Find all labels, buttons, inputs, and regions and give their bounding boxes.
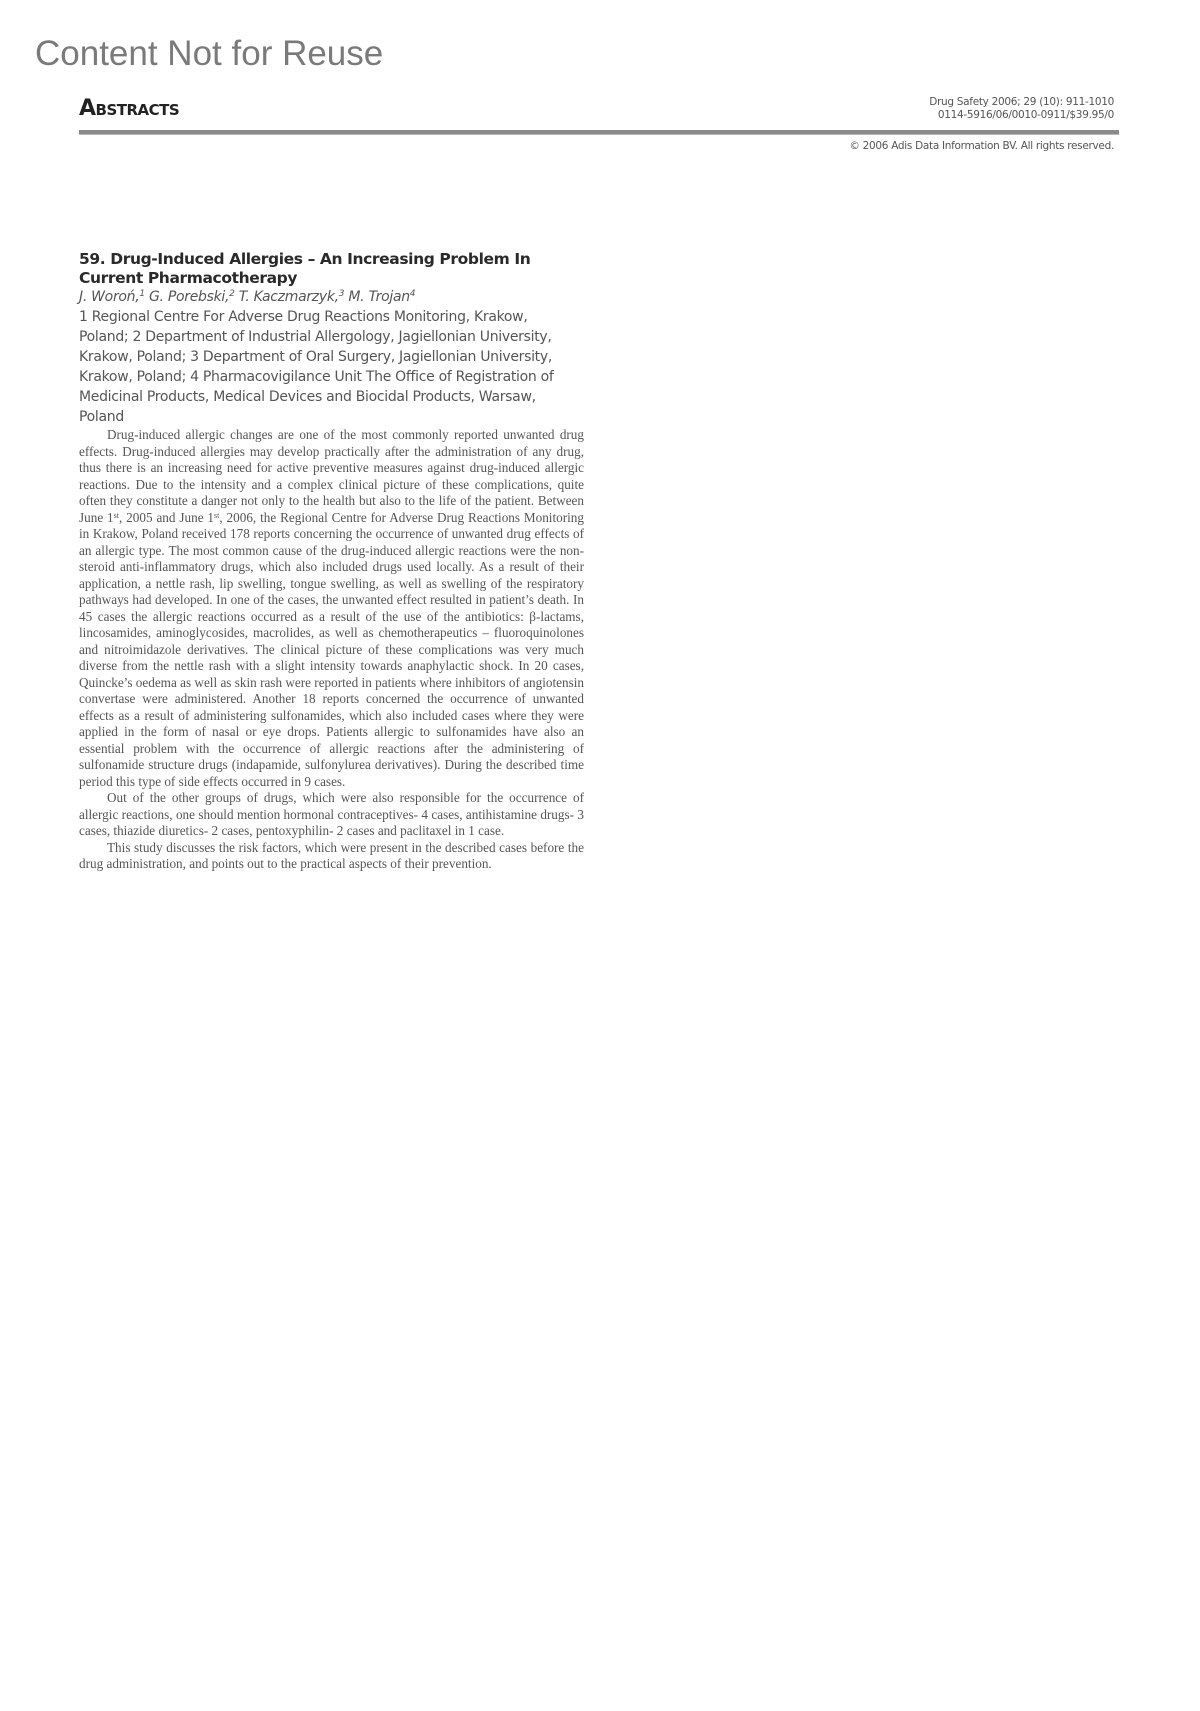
author-name: J. Woroń,	[79, 289, 139, 305]
author-name: M. Trojan	[344, 289, 410, 305]
section-title: Abstracts	[79, 98, 179, 120]
journal-info: Drug Safety 2006; 29 (10): 911-1010 0114…	[929, 96, 1114, 122]
author-list: J. Woroń,1 G. Porebski,2 T. Kaczmarzyk,3…	[79, 288, 584, 307]
abstract-paragraph: Drug-induced allergic changes are one of…	[79, 427, 584, 790]
author-name: G. Porebski,	[145, 289, 229, 305]
author-affiliation-index: 4	[410, 289, 415, 299]
copyright-notice: © 2006 Adis Data Information BV. All rig…	[849, 140, 1114, 152]
abstract-paragraph: Out of the other groups of drugs, which …	[79, 790, 584, 840]
abstract: 59. Drug-Induced Allergies – An Increasi…	[79, 250, 584, 873]
paragraph-text: , 2005 and June 1	[119, 510, 214, 525]
affiliations: 1 Regional Centre For Adverse Drug React…	[79, 307, 579, 427]
issn-code: 0114-5916/06/0010-0911/$39.95/0	[929, 109, 1114, 122]
paragraph-text: , 2006, the Regional Centre for Adverse …	[79, 510, 584, 789]
watermark-text: Content Not for Reuse	[35, 36, 383, 71]
journal-citation: Drug Safety 2006; 29 (10): 911-1010	[929, 96, 1114, 109]
author-name: T. Kaczmarzyk,	[235, 289, 339, 305]
abstract-title: 59. Drug-Induced Allergies – An Increasi…	[79, 250, 584, 288]
header-divider	[79, 130, 1119, 135]
abstract-paragraph: This study discusses the risk factors, w…	[79, 840, 584, 873]
